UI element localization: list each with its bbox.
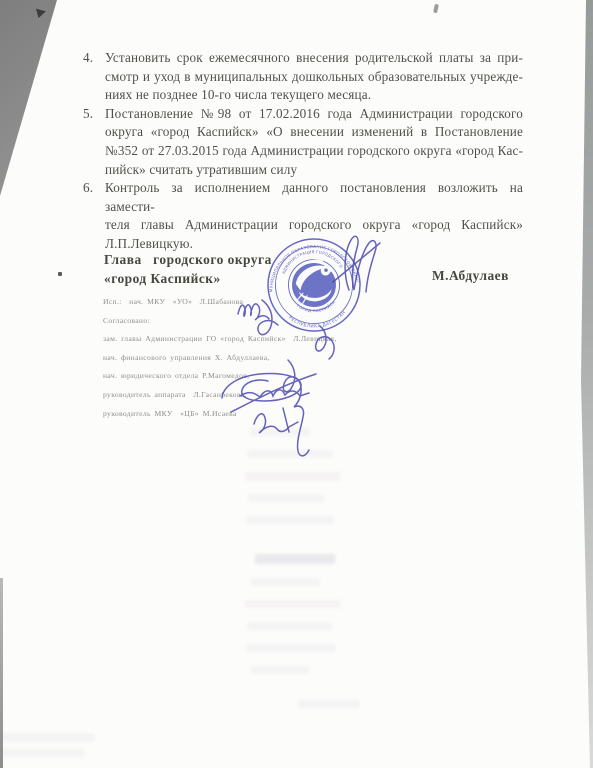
bleed-through-line — [246, 516, 334, 524]
scan-speck — [433, 4, 439, 14]
signatory-name: М.Абдулаев — [432, 268, 509, 284]
approval-item: руководитель МКУ «ЦБ» М.Исаева — [103, 409, 363, 428]
scan-corner-shadow — [0, 0, 60, 200]
bleed-through-line — [250, 578, 320, 586]
bleed-through-line — [250, 428, 310, 436]
agreed-label: Согласовано: — [103, 316, 363, 335]
paragraph-line: ниях не позднее 10-го числа текущего мес… — [105, 86, 523, 105]
bleed-through-line — [247, 622, 332, 630]
paragraph-line: смотр и уход в муниципальных дошкольных … — [105, 68, 523, 87]
paragraph-number: 5. — [83, 105, 93, 124]
document-paragraph: 5.Постановление №98 от 17.02.2016 года А… — [83, 105, 523, 179]
approval-item: зам. главы Администрации ГО «город Каспи… — [103, 334, 363, 353]
document-paragraph: 4.Установить срок ежемесячного внесения … — [83, 49, 523, 105]
paragraph-line: теля главы Администрации городского окру… — [105, 216, 523, 235]
document-paragraph: 6.Контроль за исполнением данного постан… — [83, 179, 523, 253]
paragraph-line: Постановление №98 от 17.02.2016 года Адм… — [105, 105, 523, 124]
bleed-through-line — [245, 600, 340, 608]
bleed-through-line — [248, 494, 324, 502]
paragraph-number: 6. — [83, 179, 93, 198]
approval-item: нач. финансового управления Х. Абдуллаев… — [103, 353, 363, 372]
bleed-through-line — [298, 700, 360, 708]
scanned-document-page: { "document": { "paragraphs": [ { "numbe… — [0, 0, 593, 768]
bleed-through-line — [0, 749, 85, 757]
paragraph-list: 4.Установить срок ежемесячного внесения … — [83, 49, 523, 254]
paragraph-line: Установить срок ежемесячного внесения ро… — [105, 49, 523, 68]
paragraph-line: округа «город Каспийск» «О внесении изме… — [105, 123, 523, 142]
paragraph-line: пийск» считать утратившим силу — [105, 161, 523, 180]
paragraph-line: №352 от 27.03.2015 года Администрации го… — [105, 142, 523, 161]
approval-item: нач. юридического отдела Р.Магомедов, — [103, 371, 363, 390]
approval-item: руководитель аппарата Л.Гасанбекова, — [103, 390, 363, 409]
bleed-through-heading — [255, 554, 335, 564]
approvals-block: Исп.: нач. МКУ «УО» Л.Шабанова Согласова… — [103, 297, 363, 427]
bleed-through-line — [0, 733, 95, 742]
approval-list: зам. главы Администрации ГО «город Каспи… — [103, 334, 363, 427]
scan-right-edge — [571, 0, 593, 768]
paragraph-number: 4. — [83, 49, 93, 68]
executor-line: Исп.: нач. МКУ «УО» Л.Шабанова — [103, 297, 363, 316]
paragraph-line: Контроль за исполнением данного постанов… — [105, 179, 523, 216]
bleed-through-line — [245, 472, 340, 481]
signatory-title: Глава городского округа «город Каспийск» — [104, 250, 364, 288]
bleed-through-line — [246, 644, 336, 652]
bleed-through-line — [250, 666, 310, 674]
stray-ink-dot — [58, 272, 62, 276]
bleed-through-line — [247, 450, 333, 458]
